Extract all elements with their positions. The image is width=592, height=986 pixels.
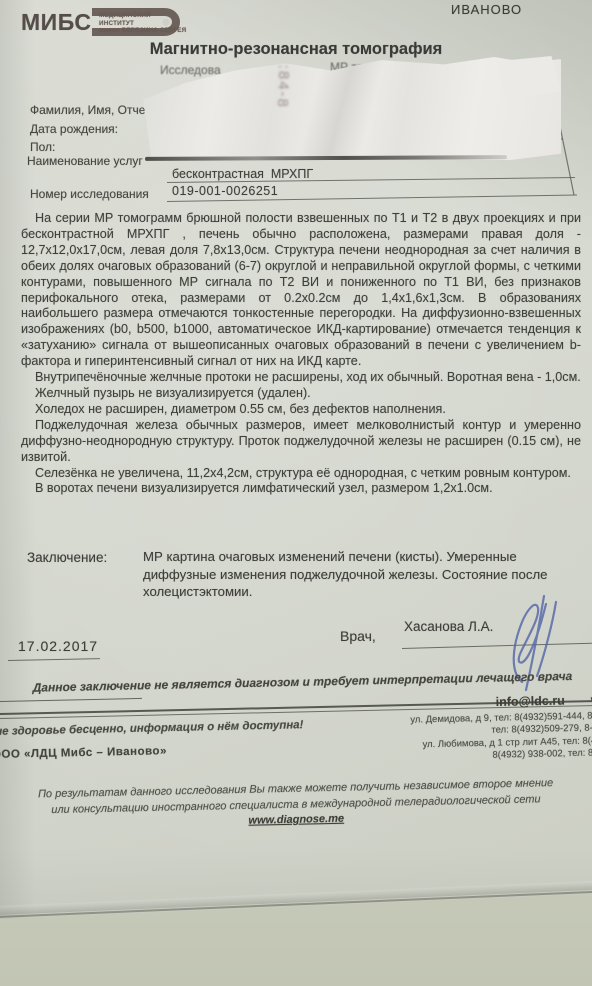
- conclusion-label: Заключение:: [27, 550, 107, 565]
- diagnose-me-link: www.diagnose.me: [248, 813, 344, 827]
- patient-name-label: Фамилия, Имя, Отче: [30, 103, 145, 117]
- email-address: info@ldc.ru: [495, 694, 564, 710]
- city-label: ИВАНОВО: [451, 2, 522, 17]
- mibs-logo-text: МИБС: [21, 9, 92, 36]
- contact-address-lines: ул. Демидова, д 9, тел: 8(4932)591-444, …: [251, 710, 592, 767]
- birthdate-label: Дата рождения:: [30, 122, 118, 136]
- doctor-name: Хасанова Л.А.: [404, 619, 493, 634]
- body-paragraph: На серии МР томограмм брюшной полости вз…: [21, 211, 581, 370]
- company-name: ООО «ЛДЦ Мибс – Иваново»: [0, 745, 167, 761]
- logo-subtitle: МЕДИЦИНСКИЙ ИНСТИТУТ имени БЕРЕЗИНА СЕРГ…: [99, 12, 187, 35]
- report-body: На серии МР томограмм брюшной полости вз…: [21, 211, 581, 497]
- sex-label: Пол:: [30, 140, 55, 154]
- footer-rule-left: [0, 698, 142, 702]
- strip-crease: [297, 56, 386, 160]
- document-photo: МИБС МЕДИЦИНСКИЙ ИНСТИТУТ имени БЕРЕЗИНА…: [0, 0, 592, 986]
- spacer: [565, 704, 591, 705]
- study-number-value: 019-001-0026251: [172, 184, 278, 198]
- subtitle-fragment-left: Исследова: [160, 63, 221, 77]
- report-title: Магнитно-резонансная томография: [0, 40, 592, 59]
- body-paragraph: Селезёнка не увеличена, 11,2х4,2см, стру…: [21, 466, 581, 482]
- body-paragraph: Поджелудочная железа обычных размеров, и…: [21, 418, 581, 466]
- report-date: 17.02.2017: [18, 638, 98, 654]
- body-paragraph: Желчный пузырь не визуализируется (удале…: [21, 386, 581, 402]
- body-paragraph: Внутрипечёночные желчные протоки не расш…: [21, 370, 581, 386]
- body-paragraph: В воротах печени визуализируется лимфати…: [21, 481, 581, 497]
- second-opinion-note: По результатам данного исследования Вы т…: [9, 776, 582, 835]
- service-name-label: Наименование услуг: [27, 154, 143, 168]
- doctor-label: Врач,: [340, 628, 376, 644]
- paper-fold-highlight: [0, 881, 592, 915]
- body-paragraph: Холедох не расширен, диаметром 0.55 см, …: [21, 402, 581, 418]
- service-value: бесконтрастная МРХПГ: [172, 167, 313, 181]
- report-paper: МИБС МЕДИЦИНСКИЙ ИНСТИТУТ имени БЕРЕЗИНА…: [0, 0, 592, 986]
- date-underline: [8, 658, 100, 661]
- study-number-label: Номер исследования: [30, 187, 149, 201]
